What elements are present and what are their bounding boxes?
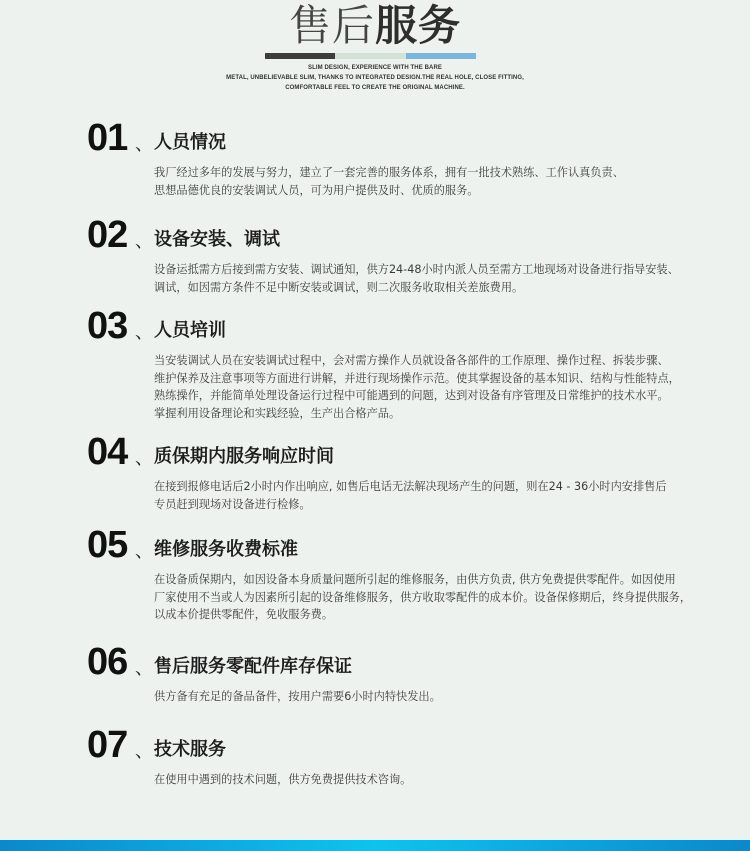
subtitle: SLIM DESIGN, EXPERIENCE WITH THE BARE ME… <box>0 63 750 93</box>
section-number: 02 <box>87 215 127 255</box>
section-01: 01 、 人员情况 我厂经过多年的发展与努力，建立了一套完善的服务体系，拥有一批… <box>87 118 727 199</box>
section-title: 技术服务 <box>154 739 226 761</box>
section-05: 05 、 维修服务收费标准 在设备质保期内，如因设备本身质量问题所引起的维修服务… <box>87 525 727 624</box>
body-line: 设备运抵需方后接到需方安装、调试通知，供方24-48小时内派人员至需方工地现场对… <box>154 261 724 279</box>
body-line: 当安装调试人员在安装调试过程中，会对需方操作人员就设备各部件的工作原理、操作过程… <box>154 352 724 370</box>
section-07: 07 、 技术服务 在使用中遇到的技术问题，供方免费提供技术咨询。 <box>87 725 727 789</box>
section-title: 人员情况 <box>154 132 226 154</box>
body-line: 调试，如因需方条件不足中断安装或调试，则二次服务收取相关差旅费用。 <box>154 279 724 297</box>
body-line: 在接到报修电话后2小时内作出响应, 如售后电话无法解决现场产生的问题，则在24 … <box>154 478 724 496</box>
section-separator: 、 <box>135 654 153 680</box>
section-body: 设备运抵需方后接到需方安装、调试通知，供方24-48小时内派人员至需方工地现场对… <box>154 261 724 296</box>
body-line: 在设备质保期内，如因设备本身质量问题所引起的维修服务，由供方负责, 供方免费提供… <box>154 571 724 589</box>
page-title: 售后服务 <box>0 2 750 50</box>
section-separator: 、 <box>135 444 153 470</box>
body-line: 我厂经过多年的发展与努力，建立了一套完善的服务体系，拥有一批技术熟练、工作认真负… <box>154 164 724 182</box>
section-body: 我厂经过多年的发展与努力，建立了一套完善的服务体系，拥有一批技术熟练、工作认真负… <box>154 164 724 199</box>
section-title: 维修服务收费标准 <box>154 539 298 561</box>
title-bold: 服务 <box>375 1 461 50</box>
subtitle-line: COMFORTABLE FEEL TO CREATE THE ORIGINAL … <box>0 83 750 93</box>
title-light: 售后 <box>289 1 375 50</box>
section-title: 人员培训 <box>154 320 226 342</box>
subtitle-line: METAL, UNBELIEVABLE SLIM, THANKS TO INTE… <box>0 73 750 83</box>
section-number: 04 <box>87 432 127 472</box>
section-number: 05 <box>87 525 127 565</box>
section-heading: 03 、 人员培训 <box>87 306 727 346</box>
body-line: 熟练操作，并能简单处理设备运行过程中可能遇到的问题，达到对设备有序管理及日常维护… <box>154 387 724 405</box>
section-06: 06 、 售后服务零配件库存保证 供方备有充足的备品备件，按用户需要6小时内特快… <box>87 642 727 706</box>
body-line: 专员赶到现场对设备进行检修。 <box>154 496 724 514</box>
section-number: 07 <box>87 725 127 765</box>
body-line: 供方备有充足的备品备件，按用户需要6小时内特快发出。 <box>154 688 724 706</box>
section-body: 在接到报修电话后2小时内作出响应, 如售后电话无法解决现场产生的问题，则在24 … <box>154 478 724 513</box>
body-line: 思想品德优良的安装调试人员，可为用户提供及时、优质的服务。 <box>154 182 724 200</box>
section-title: 质保期内服务响应时间 <box>154 446 334 468</box>
bar-blue <box>406 53 476 59</box>
section-number: 06 <box>87 642 127 682</box>
body-line: 厂家使用不当或人为因素所引起的设备维修服务，供方收取零配件的成本价。设备保修期后… <box>154 589 724 607</box>
section-separator: 、 <box>135 318 153 344</box>
body-line: 以成本价提供零配件，免收服务费。 <box>154 606 724 624</box>
section-separator: 、 <box>135 537 153 563</box>
section-heading: 02 、 设备安装、调试 <box>87 215 727 255</box>
section-separator: 、 <box>135 227 153 253</box>
section-02: 02 、 设备安装、调试 设备运抵需方后接到需方安装、调试通知，供方24-48小… <box>87 215 727 296</box>
footer-blue-bar <box>0 840 750 851</box>
subtitle-line: SLIM DESIGN, EXPERIENCE WITH THE BARE <box>0 63 750 73</box>
title-underline-bars <box>265 53 476 59</box>
section-number: 01 <box>87 118 127 158</box>
section-separator: 、 <box>135 130 153 156</box>
section-03: 03 、 人员培训 当安装调试人员在安装调试过程中，会对需方操作人员就设备各部件… <box>87 306 727 422</box>
section-separator: 、 <box>135 737 153 763</box>
section-body: 供方备有充足的备品备件，按用户需要6小时内特快发出。 <box>154 688 724 706</box>
section-heading: 04 、 质保期内服务响应时间 <box>87 432 727 472</box>
section-title: 售后服务零配件库存保证 <box>154 656 352 678</box>
body-line: 在使用中遇到的技术问题，供方免费提供技术咨询。 <box>154 771 724 789</box>
section-body: 当安装调试人员在安装调试过程中，会对需方操作人员就设备各部件的工作原理、操作过程… <box>154 352 724 422</box>
body-line: 维护保养及注意事项等方面进行讲解，并进行现场操作示范。使其掌握设备的基本知识、结… <box>154 370 724 388</box>
section-title: 设备安装、调试 <box>154 229 280 251</box>
section-body: 在设备质保期内，如因设备本身质量问题所引起的维修服务，由供方负责, 供方免费提供… <box>154 571 724 624</box>
section-heading: 06 、 售后服务零配件库存保证 <box>87 642 727 682</box>
section-heading: 05 、 维修服务收费标准 <box>87 525 727 565</box>
section-number: 03 <box>87 306 127 346</box>
section-body: 在使用中遇到的技术问题，供方免费提供技术咨询。 <box>154 771 724 789</box>
section-heading: 07 、 技术服务 <box>87 725 727 765</box>
section-heading: 01 、 人员情况 <box>87 118 727 158</box>
body-line: 掌握利用设备理论和实践经验，生产出合格产品。 <box>154 405 724 423</box>
page-header: 售后服务 SLIM DESIGN, EXPERIENCE WITH THE BA… <box>0 0 750 100</box>
bar-dark <box>265 53 335 59</box>
bar-light-green <box>335 53 405 59</box>
section-04: 04 、 质保期内服务响应时间 在接到报修电话后2小时内作出响应, 如售后电话无… <box>87 432 727 513</box>
